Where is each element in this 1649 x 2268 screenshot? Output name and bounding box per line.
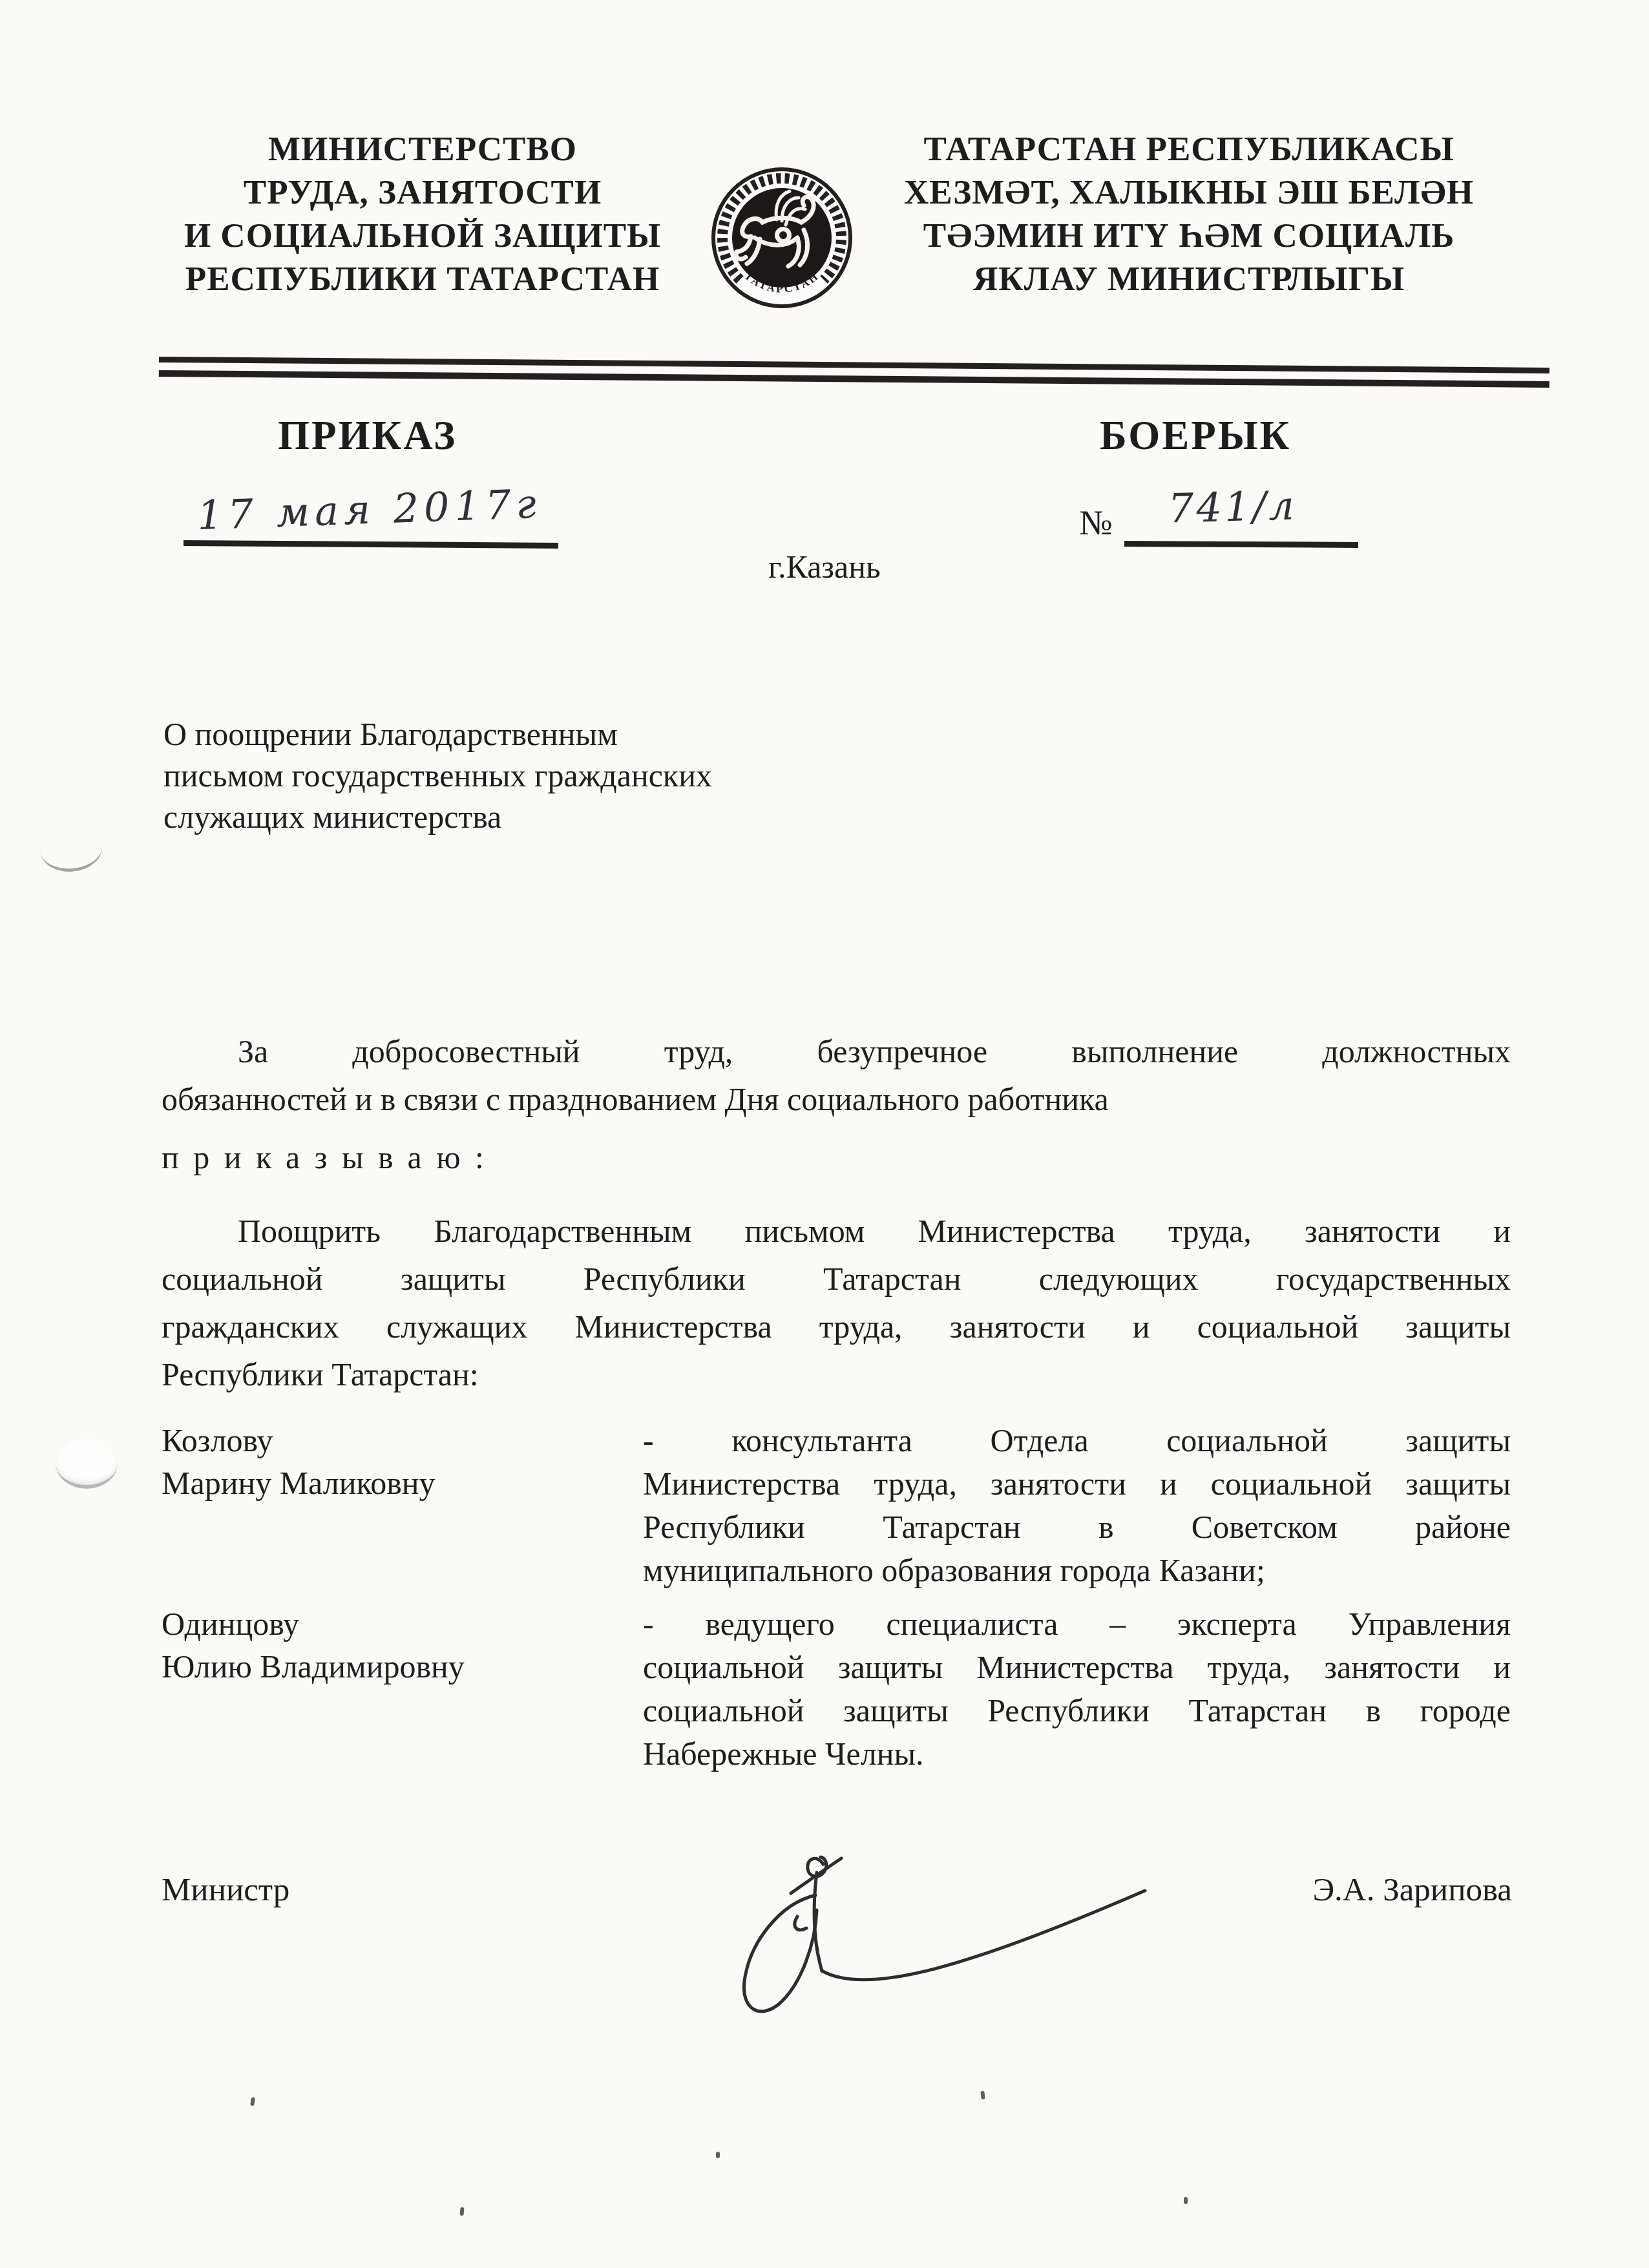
awardee-name-line: Козлову	[162, 1419, 643, 1462]
org-line: РЕСПУБЛИКИ ТАТАРСТАН	[146, 258, 699, 301]
subject-line: О поощрении Благодарственным	[163, 713, 712, 755]
hole-punch-artifact	[38, 823, 104, 874]
awardee-name: Одинцову Юлию Владимировну	[162, 1602, 643, 1776]
awardee-name-line: Одинцову	[162, 1602, 643, 1645]
letterhead-divider	[159, 357, 1549, 388]
awardee-name: Козлову Марину Маликовну	[162, 1419, 643, 1592]
hole-punch-artifact	[56, 1438, 118, 1489]
position-line: социальной защиты Министерства труда, за…	[643, 1646, 1511, 1689]
paragraph-line: Республики Татарстан:	[162, 1350, 1511, 1398]
scan-speck	[250, 2097, 255, 2106]
position-line: - консультанта Отдела социальной защиты	[643, 1419, 1511, 1462]
awardee-position: - консультанта Отдела социальной защиты …	[643, 1419, 1511, 1592]
order-title-russian: ПРИКАЗ	[278, 412, 457, 459]
handwritten-order-number: 741/л	[1168, 481, 1297, 532]
subject-line: служащих министерства	[163, 796, 712, 837]
org-line: МИНИСТЕРСТВО	[146, 128, 699, 171]
preamble-paragraph: За добросовестный труд, безупречное выпо…	[162, 1027, 1511, 1123]
position-line: Набережные Челны.	[643, 1732, 1511, 1776]
awardee-position: - ведущего специалиста – эксперта Управл…	[643, 1602, 1511, 1776]
position-line: Министерства труда, занятости и социальн…	[643, 1462, 1511, 1506]
ministry-name-tatar: ТАТАРСТАН РЕСПУБЛИКАСЫ ХЕЗМӘТ, ХАЛЫКНЫ Э…	[889, 128, 1489, 301]
org-line: ХЕЗМӘТ, ХАЛЫКНЫ ЭШ БЕЛӘН	[889, 171, 1489, 215]
tatarstan-seal-emblem: ТАТАРСТАН	[709, 165, 854, 310]
number-sign: №	[1079, 503, 1113, 543]
paragraph-line: социальной защиты Республики Татарстан с…	[162, 1255, 1511, 1303]
position-line: муниципального образования города Казани…	[643, 1549, 1511, 1592]
paragraph-line: За добросовестный труд, безупречное выпо…	[162, 1027, 1511, 1075]
paragraph-line: Поощрить Благодарственным письмом Минист…	[162, 1207, 1511, 1255]
decree-word: приказываю:	[162, 1139, 498, 1176]
handwritten-date: 17 мая 2017г	[196, 480, 542, 540]
org-line: ТӘЭМИН ИТҮ ҺӘМ СОЦИАЛЬ	[889, 215, 1489, 258]
scan-speck	[716, 2152, 720, 2158]
awardee-entry: Козлову Марину Маликовну - консультанта …	[162, 1419, 1511, 1592]
divider-line-top	[159, 357, 1549, 373]
scanned-order-page: МИНИСТЕРСТВО ТРУДА, ЗАНЯТОСТИ И СОЦИАЛЬН…	[0, 0, 1649, 2268]
position-line: - ведущего специалиста – эксперта Управл…	[643, 1602, 1511, 1646]
org-line: ТАТАРСТАН РЕСПУБЛИКАСЫ	[889, 128, 1489, 171]
signer-position: Министр	[162, 1871, 289, 1909]
order-title-tatar: БОЕРЫК	[1100, 412, 1291, 459]
paragraph-line: обязанностей и в связи с празднованием Д…	[162, 1075, 1511, 1123]
seal-rosette-center	[779, 231, 787, 239]
resolution-paragraph: Поощрить Благодарственным письмом Минист…	[162, 1207, 1511, 1398]
awardee-list: Козлову Марину Маликовну - консультанта …	[162, 1419, 1511, 1776]
org-line: И СОЦИАЛЬНОЙ ЗАЩИТЫ	[146, 215, 699, 258]
scan-speck	[1184, 2197, 1188, 2204]
awardee-entry: Одинцову Юлию Владимировну - ведущего сп…	[162, 1602, 1511, 1776]
minister-signature	[719, 1834, 1171, 2028]
position-line: Республики Татарстан в Советском районе	[643, 1506, 1511, 1549]
awardee-name-line: Юлию Владимировну	[162, 1645, 643, 1688]
number-underline	[1124, 541, 1358, 548]
ministry-name-russian: МИНИСТЕРСТВО ТРУДА, ЗАНЯТОСТИ И СОЦИАЛЬН…	[146, 128, 699, 301]
org-line: ЯКЛАУ МИНИСТРЛЫГЫ	[889, 258, 1489, 301]
scan-speck	[980, 2091, 985, 2100]
position-line: социальной защиты Республики Татарстан в…	[643, 1689, 1511, 1732]
divider-line-bottom	[159, 370, 1549, 388]
signer-name: Э.А. Зарипова	[1228, 1871, 1512, 1909]
paragraph-line: гражданских служащих Министерства труда,…	[162, 1303, 1511, 1350]
subject-line: письмом государственных гражданских	[163, 755, 712, 796]
org-line: ТРУДА, ЗАНЯТОСТИ	[146, 171, 699, 215]
scan-speck	[459, 2207, 464, 2216]
order-subject: О поощрении Благодарственным письмом гос…	[163, 713, 712, 837]
city-label: г.Казань	[0, 548, 1649, 585]
awardee-name-line: Марину Маликовну	[162, 1462, 643, 1504]
